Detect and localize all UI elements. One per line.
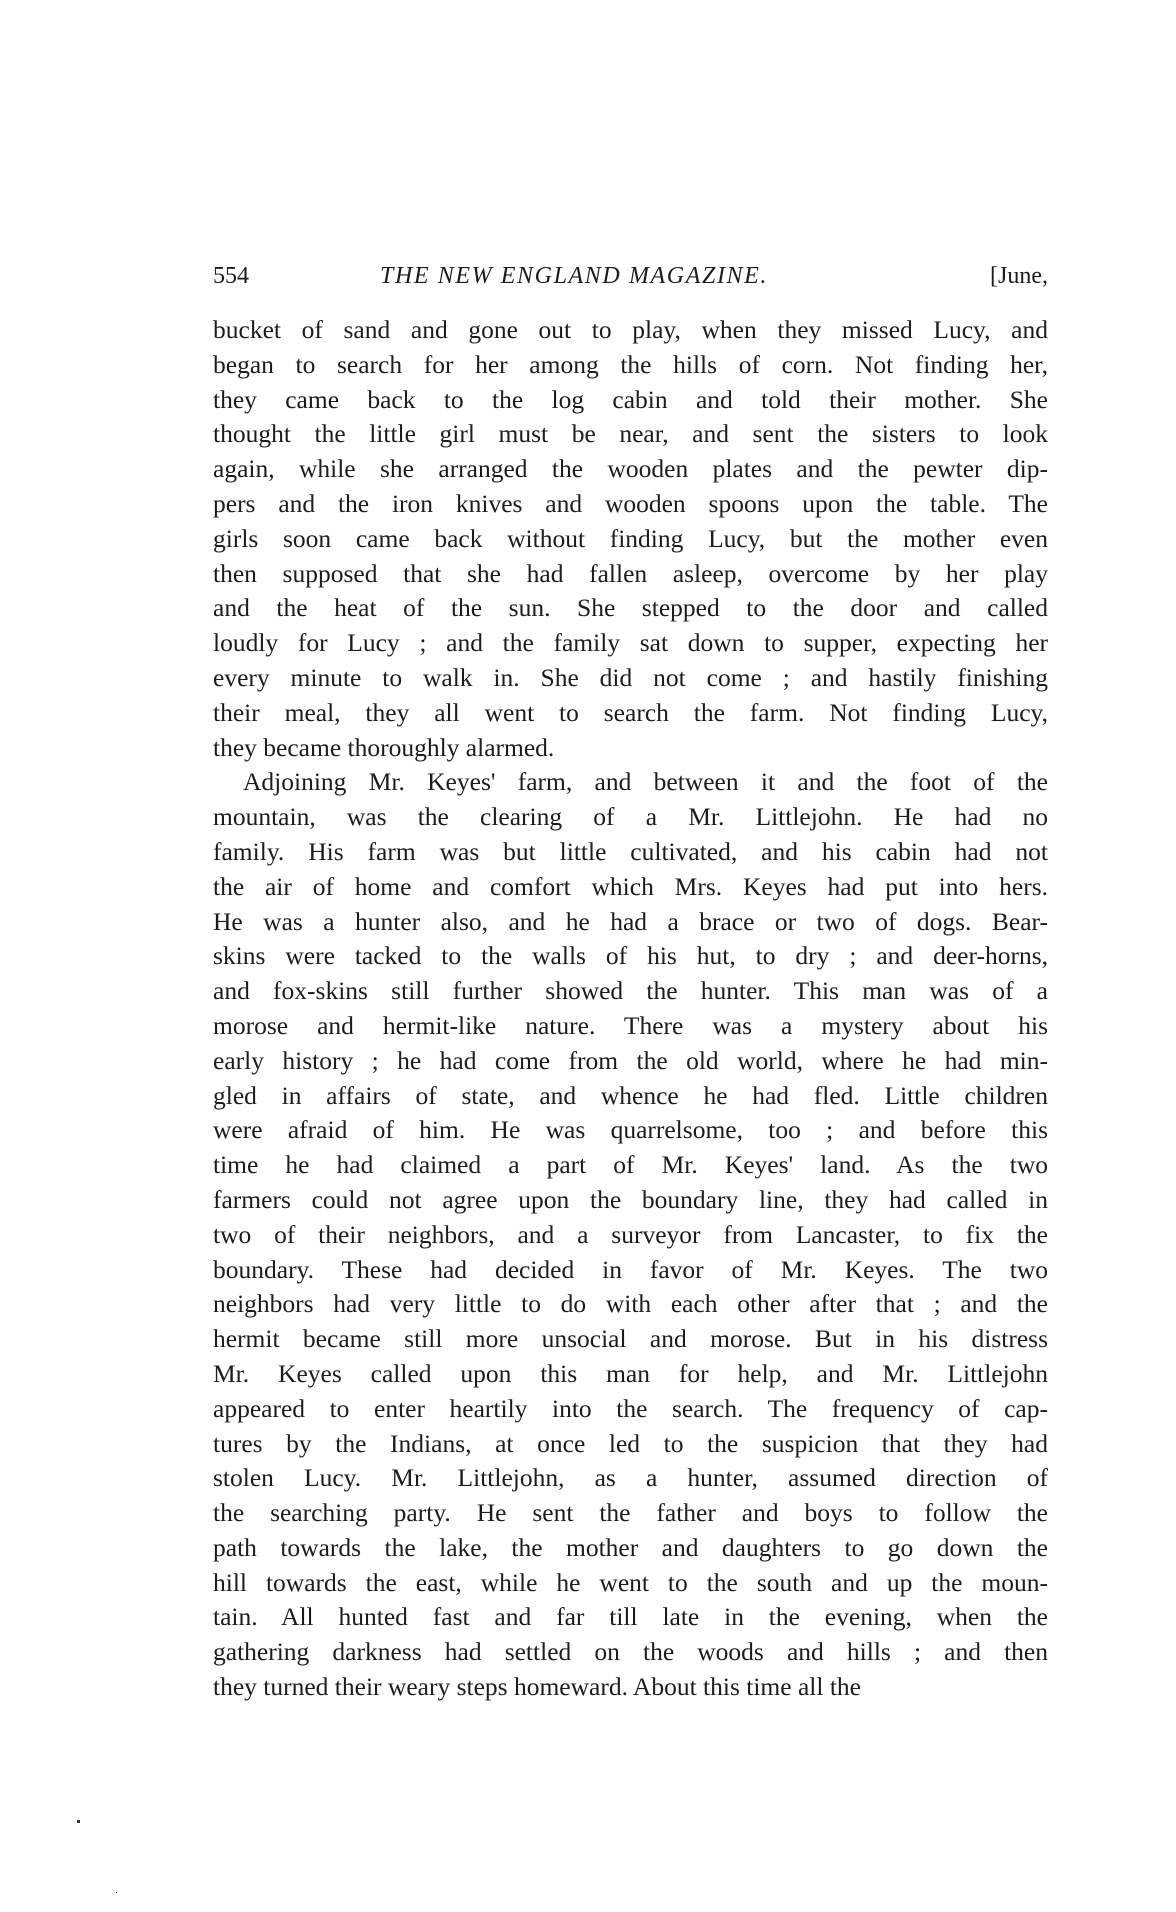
paragraph: bucket of sand and gone out to play, whe… — [213, 313, 1048, 765]
text-line: early history ; he had come from the old… — [213, 1044, 1048, 1079]
text-line: farmers could not agree upon the boundar… — [213, 1183, 1048, 1218]
text-line: bucket of sand and gone out to play, whe… — [213, 313, 1048, 348]
text-line: gathering darkness had settled on the wo… — [213, 1635, 1048, 1670]
body-text: bucket of sand and gone out to play, whe… — [213, 313, 1048, 1705]
text-line: pers and the iron knives and wooden spoo… — [213, 487, 1048, 522]
text-line: tain. All hunted fast and far till late … — [213, 1600, 1048, 1635]
text-line: their meal, they all went to search the … — [213, 696, 1048, 731]
text-line: boundary. These had decided in favor of … — [213, 1253, 1048, 1288]
paragraph: Adjoining Mr. Keyes' farm, and between i… — [213, 765, 1048, 1705]
text-line: thought the little girl must be near, an… — [213, 417, 1048, 452]
text-line: and fox-skins still further showed the h… — [213, 974, 1048, 1009]
text-line: two of their neighbors, and a surveyor f… — [213, 1218, 1048, 1253]
running-head: 554 THE NEW ENGLAND MAGAZINE. [June, — [213, 262, 1048, 290]
text-line: skins were tacked to the walls of his hu… — [213, 939, 1048, 974]
text-line: neighbors had very little to do with eac… — [213, 1287, 1048, 1322]
text-line: the searching party. He sent the father … — [213, 1496, 1048, 1531]
text-line: gled in affairs of state, and whence he … — [213, 1079, 1048, 1114]
text-line: family. His farm was but little cultivat… — [213, 835, 1048, 870]
scan-speck — [77, 1820, 80, 1823]
text-line: and the heat of the sun. She stepped to … — [213, 591, 1048, 626]
scan-speck — [116, 1892, 117, 1893]
text-line: the air of home and comfort which Mrs. K… — [213, 870, 1048, 905]
text-line: stolen Lucy. Mr. Littlejohn, as a hunter… — [213, 1461, 1048, 1496]
text-line: He was a hunter also, and he had a brace… — [213, 905, 1048, 940]
text-line: they came back to the log cabin and told… — [213, 383, 1048, 418]
text-line: hermit became still more unsocial and mo… — [213, 1322, 1048, 1357]
text-line: were afraid of him. He was quarrelsome, … — [213, 1113, 1048, 1148]
page-number: 554 — [213, 262, 249, 290]
text-line: tures by the Indians, at once led to the… — [213, 1427, 1048, 1462]
text-line: time he had claimed a part of Mr. Keyes'… — [213, 1148, 1048, 1183]
journal-title: THE NEW ENGLAND MAGAZINE. — [380, 262, 768, 290]
text-line: Mr. Keyes called upon this man for help,… — [213, 1357, 1048, 1392]
text-line: every minute to walk in. She did not com… — [213, 661, 1048, 696]
text-line: they became thoroughly alarmed. — [213, 731, 1048, 766]
text-line: began to search for her among the hills … — [213, 348, 1048, 383]
issue-month: [June, — [990, 262, 1048, 290]
text-line: path towards the lake, the mother and da… — [213, 1531, 1048, 1566]
text-line: girls soon came back without finding Luc… — [213, 522, 1048, 557]
text-line: loudly for Lucy ; and the family sat dow… — [213, 626, 1048, 661]
text-line: they turned their weary steps homeward. … — [213, 1670, 1048, 1705]
text-line: mountain, was the clearing of a Mr. Litt… — [213, 800, 1048, 835]
text-line: then supposed that she had fallen asleep… — [213, 557, 1048, 592]
text-line: hill towards the east, while he went to … — [213, 1566, 1048, 1601]
text-line: again, while she arranged the wooden pla… — [213, 452, 1048, 487]
text-line: appeared to enter heartily into the sear… — [213, 1392, 1048, 1427]
text-line: Adjoining Mr. Keyes' farm, and between i… — [213, 765, 1048, 800]
text-line: morose and hermit-like nature. There was… — [213, 1009, 1048, 1044]
